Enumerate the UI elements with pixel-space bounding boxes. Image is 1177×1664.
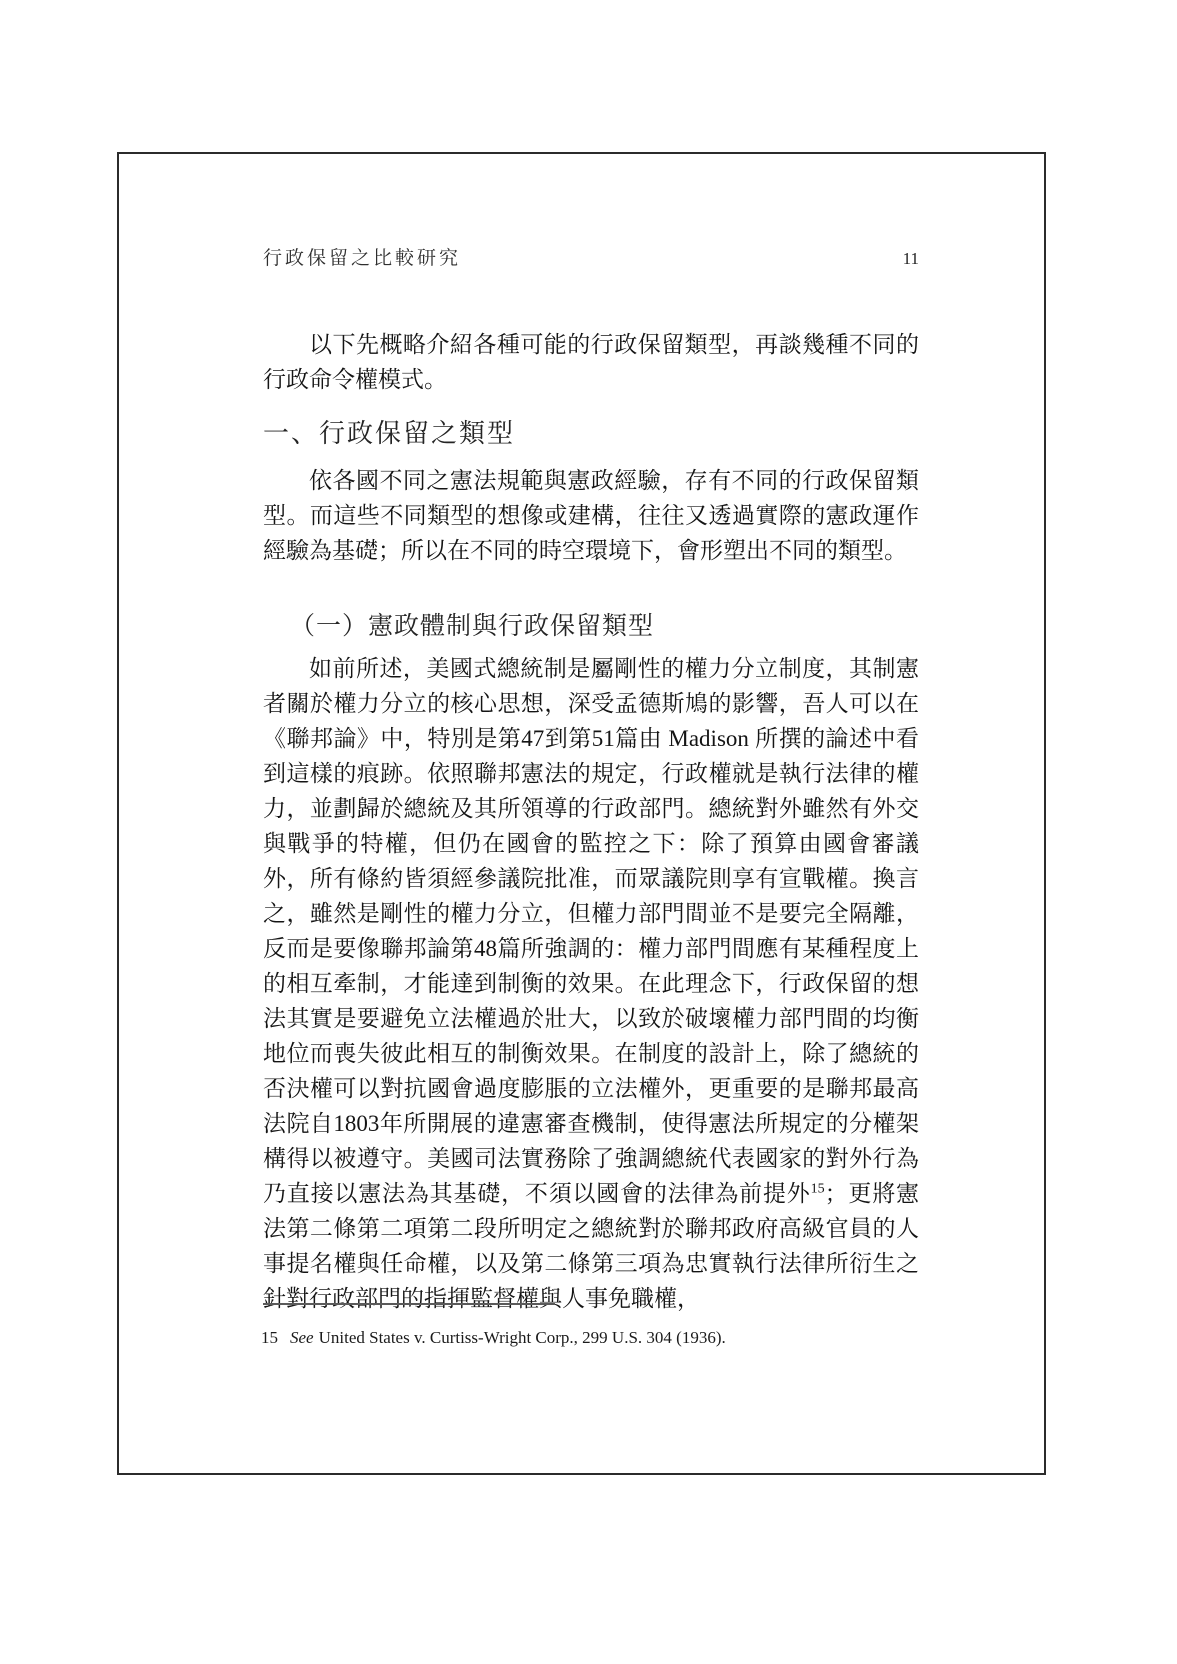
footnote: 15SeeUnited States v. Curtiss-Wright Cor… — [261, 1326, 921, 1350]
footnote-citation: United States v. Curtiss-Wright Corp., 2… — [319, 1328, 726, 1347]
subsection-heading: （一）憲政體制與行政保留類型 — [290, 606, 654, 642]
footnote-number: 15 — [261, 1328, 278, 1347]
subsection-text-before-footnote-ref: 如前所述，美國式總統制是屬剛性的權力分立制度，其制憲者關於權力分立的核心思想，深… — [263, 656, 919, 1206]
page-number: 11 — [903, 249, 919, 269]
running-header: 行政保留之比較研究 11 — [263, 243, 919, 270]
section-heading: 一、行政保留之類型 — [263, 413, 515, 450]
intro-paragraph: 以下先概略介紹各種可能的行政保留類型，再談幾種不同的行政命令權模式。 — [263, 327, 919, 397]
running-title: 行政保留之比較研究 — [263, 243, 461, 270]
footnote-separator-rule — [263, 1303, 555, 1305]
section-paragraph: 依各國不同之憲法規範與憲政經驗，存有不同的行政保留類型。而這些不同類型的想像或建… — [263, 463, 919, 568]
footnote-signal-see: See — [290, 1328, 314, 1347]
subsection-paragraph: 如前所述，美國式總統制是屬剛性的權力分立制度，其制憲者關於權力分立的核心思想，深… — [263, 651, 919, 1316]
footnote-reference-15: 15 — [811, 1181, 825, 1196]
